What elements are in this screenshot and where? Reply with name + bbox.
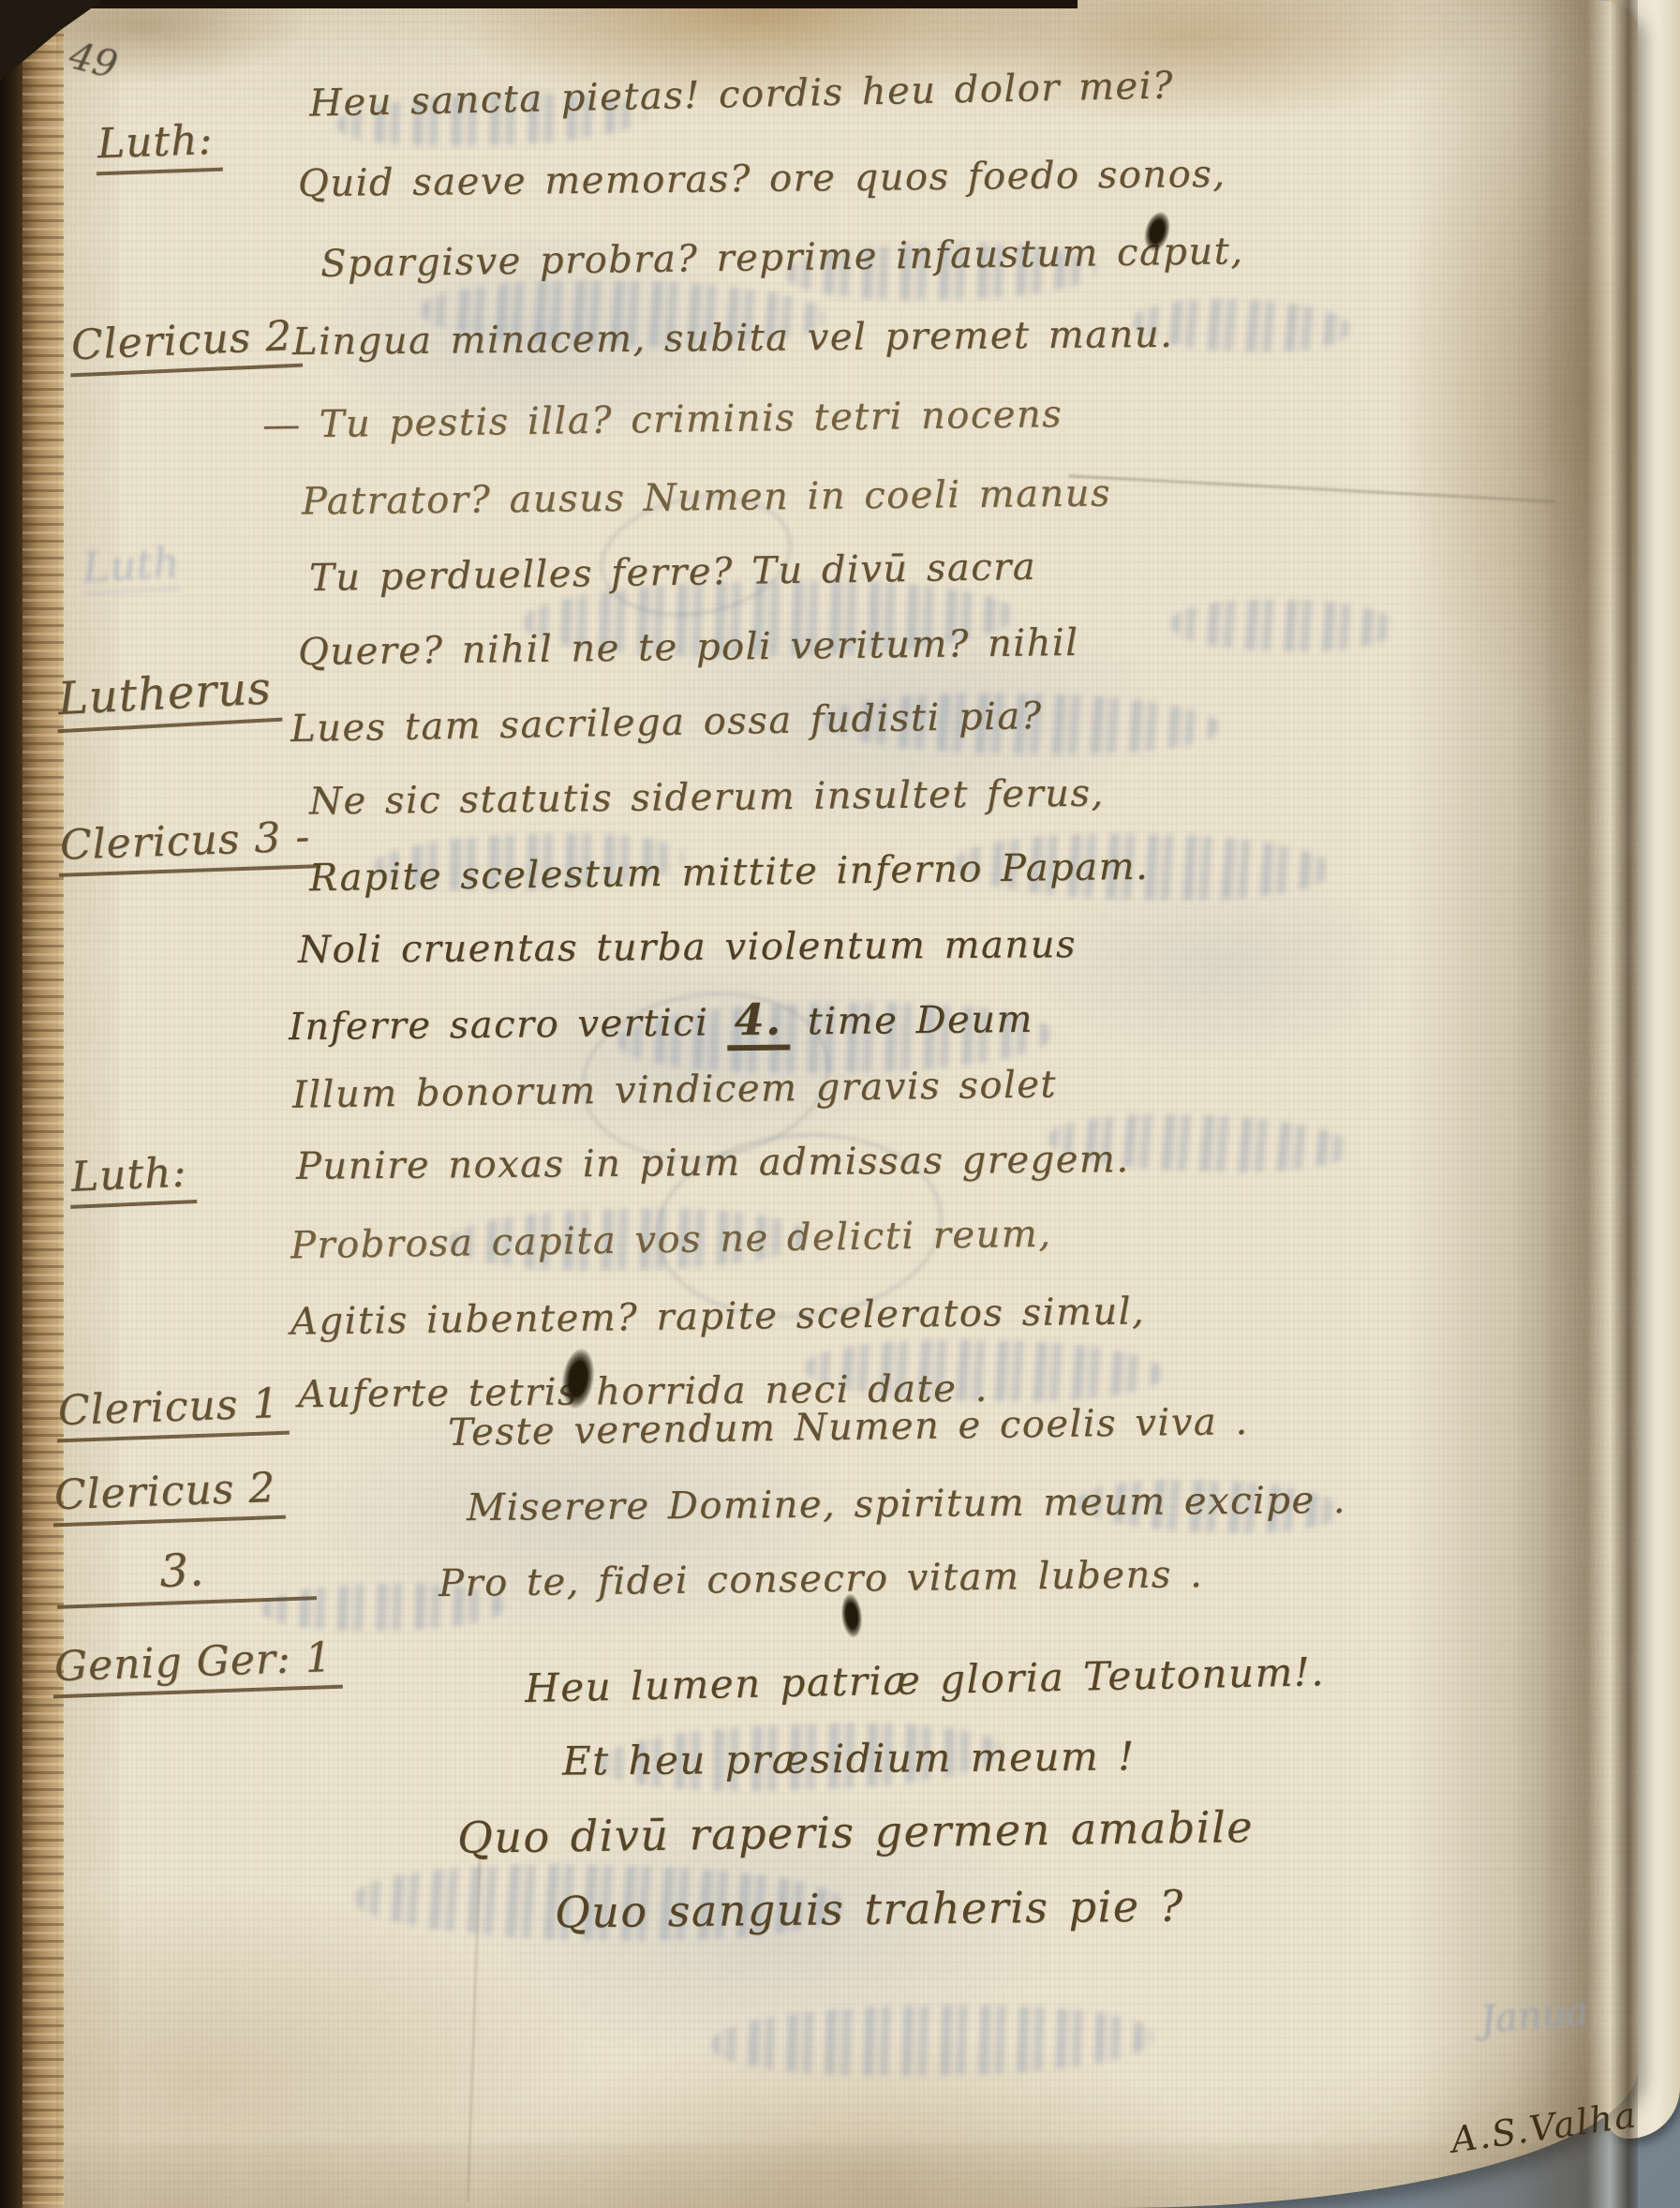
verse-line: Lingua minacem, subita vel premet manu.	[292, 313, 1174, 364]
margin-label-clericus2-2: Clericus 2	[52, 1464, 286, 1528]
margin-label-ghost-luth: Luth	[82, 539, 181, 594]
verse-line: Patrator? ausus Numen in coeli manus	[302, 471, 1111, 523]
book-board-edge	[0, 0, 24, 2208]
margin-label-clericus2-1: Clericus 2	[68, 312, 304, 378]
verse-line-segment: time Deum	[789, 998, 1033, 1044]
closing-line: Quo sanguis traheris pie ?	[555, 1880, 1184, 1937]
verse-line: Inferre sacro vertici 4. time Deum	[289, 992, 1033, 1050]
verse-line: Ne sic statutis siderum insultet ferus,	[309, 772, 1105, 824]
margin-label-genius-ger: Genig Ger: 1	[52, 1634, 343, 1699]
page-stack-edges	[22, 0, 64, 2208]
verse-line: Noli cruentas turba violentum manus	[298, 923, 1077, 972]
margin-label-lutherus: Lutherus	[54, 662, 282, 733]
margin-label-luth-1: Luth:	[95, 116, 223, 176]
margin-label-clericus3: Clericus 3 -	[57, 813, 320, 877]
margin-label-luth-2: Luth:	[68, 1148, 198, 1209]
verse-line: Punire noxas in pium admissas gregem.	[296, 1138, 1130, 1188]
manuscript-scan: 49 Luth: Clericus 2 Luth Lutherus Cleric…	[0, 0, 1680, 2208]
verse-line-segment: Inferre sacro vertici	[289, 1001, 727, 1049]
margin-label-3: 3.	[55, 1540, 317, 1609]
margin-label-clericus1: Clericus 1	[55, 1380, 290, 1443]
verse-number-underlined: 4.	[726, 994, 790, 1052]
closing-line: Et heu præsidium meum !	[562, 1733, 1136, 1783]
binding-top-edge	[0, 0, 1078, 8]
verse-line: Miserere Domine, spiritum meum excipe .	[467, 1479, 1346, 1529]
